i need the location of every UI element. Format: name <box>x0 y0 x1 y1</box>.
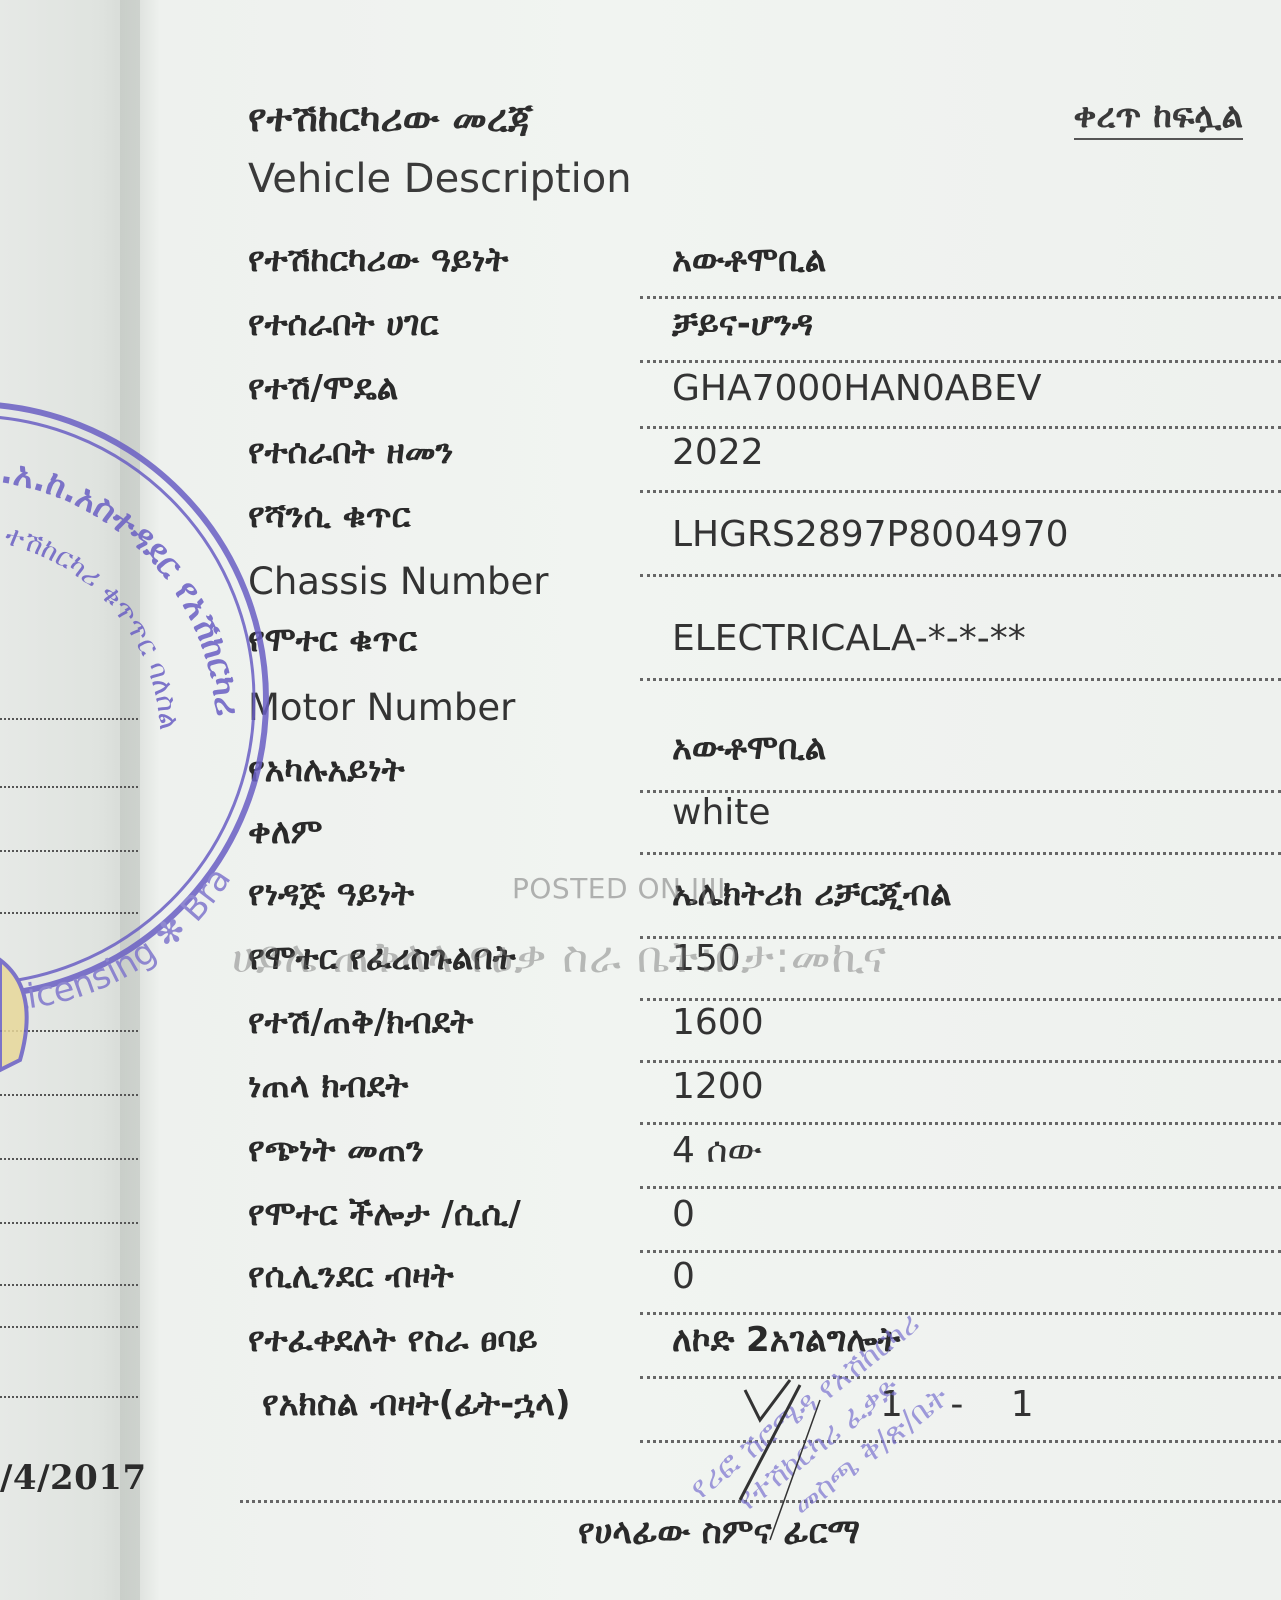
document-title-english: Vehicle Description <box>248 156 632 202</box>
left-page-rule <box>0 912 138 914</box>
document-title-amharic: የተሽከርካሪው መረጃ <box>248 96 533 141</box>
field-rule <box>640 360 1281 363</box>
field-value: 1200 <box>672 1066 764 1107</box>
field-rule <box>640 1312 1281 1315</box>
field-rule <box>640 998 1281 1001</box>
field-label: የተሰራበት ሀገር <box>248 304 438 344</box>
field-rule <box>640 1376 1281 1379</box>
left-page-rule <box>0 1030 138 1032</box>
field-value: 4 ሰው <box>672 1130 762 1172</box>
field-rule <box>640 1122 1281 1125</box>
field-rule <box>640 1250 1281 1253</box>
field-value: አውቶሞቢል <box>672 728 826 768</box>
field-value: 1 - 1 <box>880 1384 1052 1425</box>
page-fold <box>120 0 160 1600</box>
field-rule <box>640 678 1281 681</box>
field-label: የጭነት መጠን <box>248 1130 424 1170</box>
field-label-english: Motor Number <box>248 686 515 729</box>
field-value: 1600 <box>672 1002 764 1043</box>
field-label: የሲሊንደር ብዛት <box>248 1256 454 1296</box>
left-page-rule <box>0 1284 138 1286</box>
field-label-english: Chassis Number <box>248 560 548 603</box>
field-label: የተሽ/ጠቅ/ክብደት <box>248 1002 473 1042</box>
watermark-posted-on: POSTED ON JIJI <box>512 872 726 905</box>
left-page-rule <box>0 850 138 852</box>
field-value: GHA7000HAN0ABEV <box>672 368 1041 409</box>
field-label: የሞተር ችሎታ /ሲሲ/ <box>248 1194 521 1234</box>
signature-label: የሀላፊው ስምና ፊርማ <box>578 1512 860 1552</box>
field-rule <box>640 1440 1281 1443</box>
left-page-date: /4/2017 <box>0 1458 147 1498</box>
field-label: የሞተር ቁጥር <box>248 620 417 660</box>
field-label: የተሽከርካሪው ዓይነት <box>248 240 508 280</box>
field-rule <box>640 1186 1281 1189</box>
field-label: የአክስል ብዛት(ፊት-ኋላ) <box>262 1384 571 1424</box>
field-label: ነጠላ ክብደት <box>248 1066 408 1106</box>
signature-rule <box>240 1500 1281 1503</box>
field-value: 2022 <box>672 432 764 473</box>
field-value: ELECTRICALA-*-*-** <box>672 618 1026 659</box>
left-page-rule <box>0 786 138 788</box>
field-value: 0 <box>672 1256 695 1297</box>
left-page-rule <box>0 1222 138 1224</box>
field-label: የተሽ/ሞዴል <box>248 368 398 408</box>
field-rule <box>640 852 1281 855</box>
field-value: 0 <box>672 1194 695 1235</box>
watermark-seller: ሀይሌ ጠቅላላ የዕቃ ስራ ቤት:ቦታ:መኪና <box>232 932 887 983</box>
field-value: white <box>672 792 771 833</box>
field-label: ቀለም <box>248 812 323 852</box>
duty-paid-label: ቀረጥ ከፍሏል <box>1074 96 1244 140</box>
left-page <box>0 0 140 1600</box>
field-value: ቻይና-ሆንዳ <box>672 304 813 344</box>
field-rule <box>640 1060 1281 1063</box>
field-label: የተፈቀደለት የስራ ፀባይ <box>248 1320 538 1360</box>
field-rule <box>640 296 1281 299</box>
field-rule <box>640 426 1281 429</box>
left-page-rule <box>0 1326 138 1328</box>
field-value: LHGRS2897P8004970 <box>672 514 1069 555</box>
field-label: የተሰራበት ዘመን <box>248 432 453 472</box>
field-rule <box>640 490 1281 493</box>
field-value: ለኮድ 2አገልግሎት <box>672 1320 900 1360</box>
left-page-rule <box>0 718 138 720</box>
left-page-rule <box>0 1094 138 1096</box>
field-label: የሻንሲ ቁጥር <box>248 496 410 536</box>
field-value: አውቶሞቢል <box>672 240 826 280</box>
field-label: የአካሉአይነት <box>248 750 405 790</box>
field-label: የነዳጅ ዓይነት <box>248 874 414 914</box>
left-page-rule <box>0 1396 138 1398</box>
field-rule <box>640 574 1281 577</box>
left-page-rule <box>0 1158 138 1160</box>
